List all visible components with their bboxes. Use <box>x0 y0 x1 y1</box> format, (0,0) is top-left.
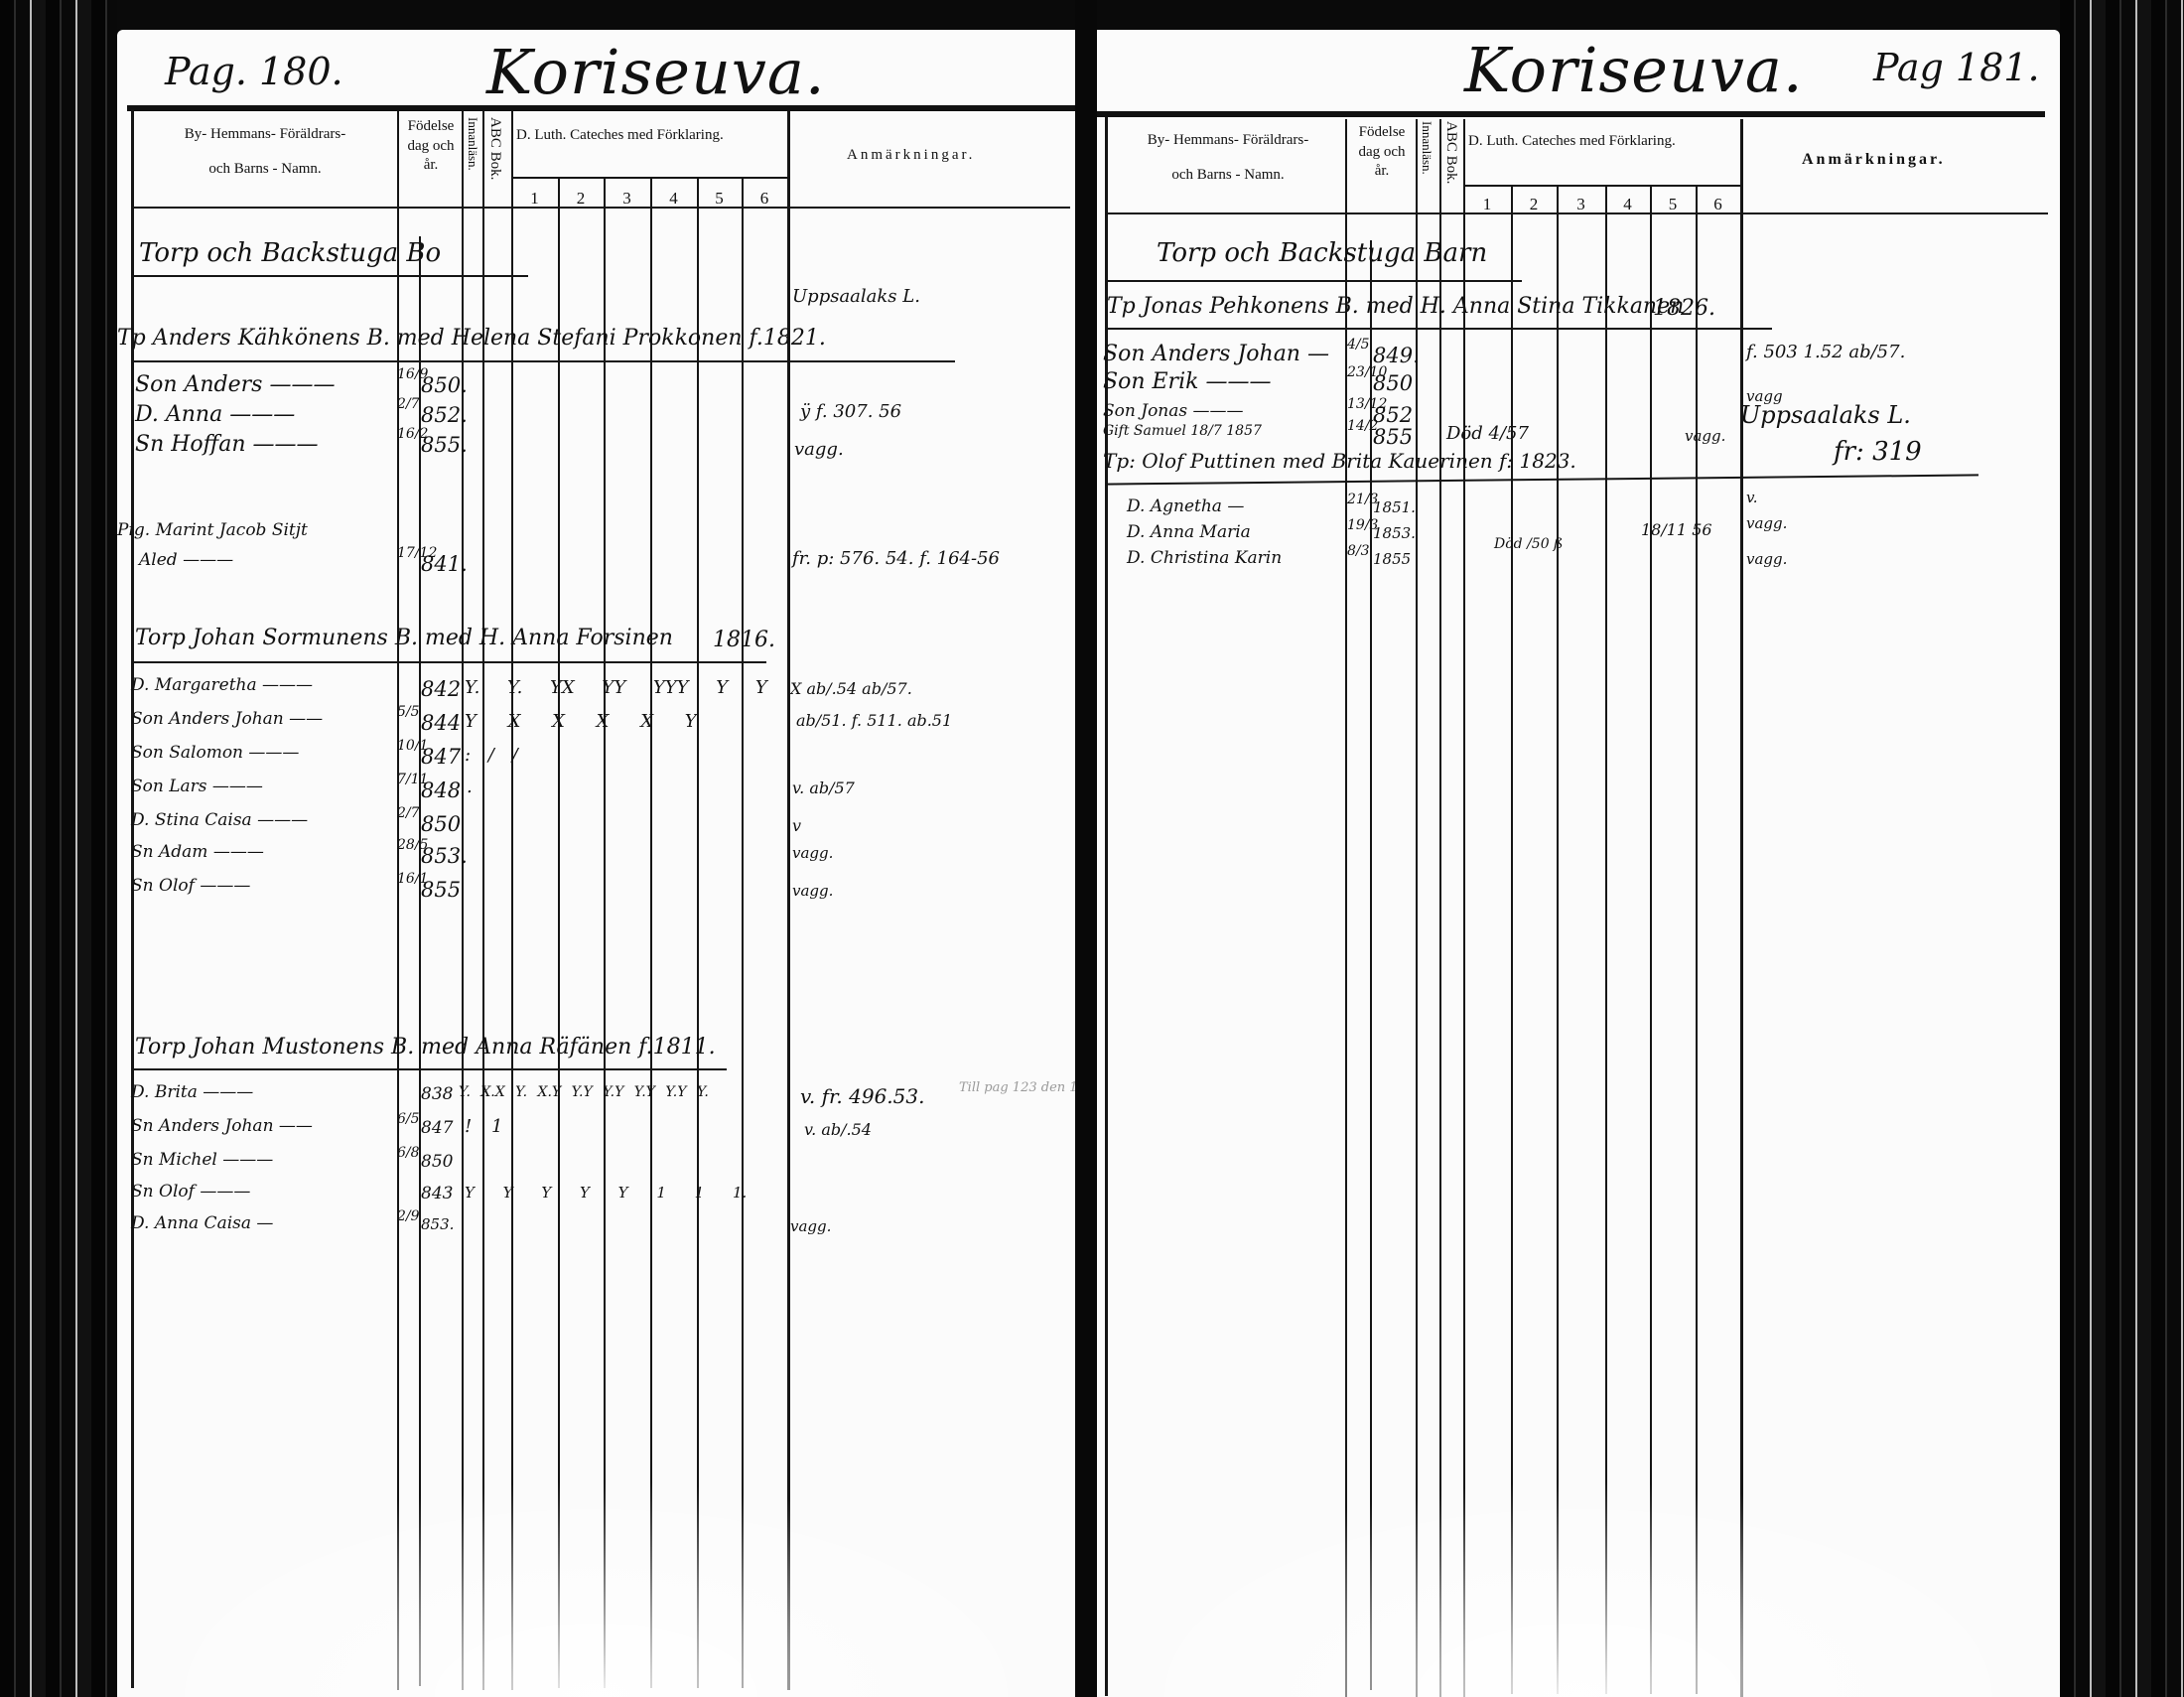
birth-year: 850 <box>421 812 461 836</box>
catechism-marks: Y X X X X Y <box>465 711 697 732</box>
col-divider <box>1345 119 1347 1697</box>
header-abc: ABC Bok. <box>486 117 503 226</box>
remark: fr. p: 576. 54. f. 164-56 <box>792 548 1000 569</box>
birth-day: 21/3 <box>1347 493 1369 507</box>
family-rule <box>1105 328 1772 330</box>
side-note: Till pag 123 den 13/8 <box>959 1080 1075 1095</box>
header-birth-line3: år. <box>399 156 463 176</box>
member-name: Aled ——— <box>139 550 233 570</box>
death-note: Död /50 ß <box>1494 536 1563 552</box>
death-note: Död 4/57 <box>1446 423 1529 444</box>
birth-day: 7/11 <box>397 773 419 787</box>
birth-year: 850 <box>421 1152 453 1172</box>
header-name-line1: By- Hemmans- Föräldrars- <box>141 123 389 146</box>
catechism-marks: ! 1 <box>465 1116 502 1137</box>
remark: v <box>792 816 801 835</box>
remark: vagg. <box>790 1217 831 1235</box>
member-name: Son Anders ——— <box>135 372 335 397</box>
village-title-right: Koriseuva. <box>1464 34 1804 106</box>
birth-year: 855 <box>421 878 461 902</box>
birth-year: 1851. <box>1373 498 1416 516</box>
member-name: Son Jonas ——— <box>1103 401 1244 421</box>
birth-day: 28/5 <box>397 838 419 853</box>
remark: vagg. <box>792 844 833 862</box>
birth-day: 23/10 <box>1347 365 1369 380</box>
catechism-marks: . <box>467 777 473 797</box>
birth-year: 848 <box>421 778 461 802</box>
member-name: Sn Hoffan ——— <box>135 432 319 457</box>
catechism-col-3: 3 <box>604 189 650 209</box>
birth-day: 14/2 <box>1347 419 1369 434</box>
member-name: Son Anders Johan —— <box>131 709 323 729</box>
col-divider <box>1439 119 1441 1697</box>
birth-year: 847 <box>421 745 461 769</box>
birth-year: 852 <box>1373 403 1413 427</box>
member-name: Gift Samuel 18/7 1857 <box>1103 423 1262 439</box>
header-birth: Födelse dag och år. <box>1347 123 1417 182</box>
family-rule <box>1105 474 1979 485</box>
member-name: Sn Michel ——— <box>131 1150 273 1170</box>
family-rule <box>131 1068 727 1070</box>
col-divider <box>1696 185 1698 1694</box>
section-rule <box>1105 280 1522 282</box>
family-head: Torp Johan Sormunens B. med H. Anna Fors… <box>135 626 673 650</box>
birth-year: 1853. <box>1373 524 1416 542</box>
member-name: Sn Anders Johan —— <box>131 1116 313 1136</box>
left-page: Pag. 180. Koriseuva. By- Hemmans- Föräld… <box>117 30 1075 1697</box>
col-divider <box>742 179 744 1688</box>
col-divider <box>1463 119 1465 1697</box>
birth-day: 2/7 <box>397 397 419 412</box>
birth-year: 847 <box>421 1118 453 1138</box>
birth-year: 852. <box>421 403 468 427</box>
family-head: Tp: Olof Puttinen med Brita Kauerinen f:… <box>1103 449 1576 473</box>
right-page: Koriseuva. Pag 181. By- Hemmans- Föräldr… <box>1097 30 2060 1697</box>
birth-year: 838 <box>421 1084 453 1104</box>
header-bottom-rule <box>1105 212 2048 214</box>
birth-year: 844 <box>421 711 461 735</box>
member-name: D. Margaretha ——— <box>131 675 313 695</box>
birth-year: 855 <box>1373 425 1413 449</box>
catechism-marks: : / / <box>465 745 518 766</box>
village-title-left: Koriseuva. <box>486 36 826 108</box>
member-name: Son Anders Johan — <box>1103 342 1329 366</box>
header-name: By- Hemmans- Föräldrars- och Barns - Nam… <box>141 123 389 182</box>
page-number-left: Pag. 180. <box>165 50 343 93</box>
member-name: Son Lars ——— <box>131 777 263 796</box>
catechism-col-6: 6 <box>1696 195 1740 214</box>
remark: vagg. <box>1746 550 1787 568</box>
birth-year: 850 <box>1373 371 1413 395</box>
page-number-right: Pag 181. <box>1873 46 2040 89</box>
header-innanlasn: Innanläsn. <box>465 117 480 226</box>
remark: v. <box>1746 489 1757 506</box>
birth-year: 853. <box>421 1215 454 1233</box>
book-binding-left <box>0 0 117 1697</box>
header-birth: Födelse dag och år. <box>399 117 463 176</box>
family-year: 1816. <box>713 628 775 652</box>
remark: v. ab/57 <box>792 778 855 797</box>
header-birth-line1: Födelse <box>1347 123 1417 143</box>
remark: Uppsaalaks L. <box>1740 401 1911 429</box>
birth-year: 850. <box>421 373 468 397</box>
catechism-col-1: 1 <box>1463 195 1511 214</box>
catechism-col-1: 1 <box>511 189 558 209</box>
family-head: Tp Anders Kähkönens B. med Helena Stefan… <box>117 326 826 351</box>
header-catechism: D. Luth. Cateches med Förklaring. <box>516 127 724 144</box>
col-divider <box>697 179 699 1688</box>
col-divider <box>1605 185 1607 1694</box>
birth-year: 842 <box>421 677 461 701</box>
birth-day: 8/3 <box>1347 544 1369 559</box>
catechism-col-6: 6 <box>742 189 787 209</box>
family-remark: fr: 319 <box>1834 437 1922 467</box>
catechism-col-5: 5 <box>697 189 742 209</box>
member-name: D. Stina Caisa ——— <box>131 810 308 830</box>
section-rule <box>131 275 528 277</box>
catechism-marks: Y. Y. YX YY YYY Y Y <box>465 677 767 698</box>
header-remarks: Anmärkningar. <box>1802 151 1946 169</box>
book-binding-right <box>2060 0 2184 1697</box>
remark: Uppsaalaks L. <box>792 286 920 307</box>
birth-day: 2/7 <box>397 806 419 821</box>
col-divider <box>1511 185 1513 1694</box>
header-birth-line2: dag och <box>1347 143 1417 163</box>
birth-day: 16/2 <box>397 427 419 442</box>
member-name: Son Erik ——— <box>1103 369 1271 394</box>
family-rule <box>131 661 766 663</box>
birth-day: 5/5 <box>397 705 419 720</box>
birth-day: 16/9 <box>397 367 419 382</box>
family-head: Tp Jonas Pehkonens B. med H. Anna Stina … <box>1107 294 1684 319</box>
header-bottom-rule <box>131 207 1070 209</box>
header-name-line2: och Barns - Namn. <box>141 158 389 181</box>
section-heading-left: Torp och Backstuga Bo <box>139 238 441 268</box>
birth-day: 6/8 <box>397 1146 419 1161</box>
member-name: Sn Olof ——— <box>131 876 250 896</box>
member-name: D. Anna Maria <box>1127 522 1251 542</box>
catechism-subrule <box>1463 185 1741 187</box>
member-name: Sn Adam ——— <box>131 842 264 862</box>
family-rule <box>131 360 955 362</box>
birth-year: 1855 <box>1373 550 1411 568</box>
header-birth-line3: år. <box>1347 162 1417 182</box>
birth-year: 841. <box>421 552 468 576</box>
birth-day: 2/9 <box>397 1209 419 1224</box>
header-name: By- Hemmans- Föräldrars- och Barns - Nam… <box>1111 129 1345 188</box>
catechism-marks: Y Y Y Y Y 1 1 1. <box>465 1184 747 1202</box>
catechism-subrule <box>511 177 787 179</box>
header-birth-line1: Födelse <box>399 117 463 137</box>
catechism-col-4: 4 <box>1605 195 1650 214</box>
member-name: D. Agnetha — <box>1127 496 1244 516</box>
birth-day: 16/1 <box>397 872 419 887</box>
section-heading-right: Torp och Backstuga Barn <box>1157 238 1487 268</box>
birth-day: 13/12 <box>1347 397 1369 412</box>
family-year: 1826. <box>1653 296 1715 321</box>
member-name: D. Anna ——— <box>135 402 295 427</box>
birth-day: 4/5 <box>1347 338 1369 353</box>
col-divider <box>604 179 606 1688</box>
catechism-col-4: 4 <box>650 189 697 209</box>
catechism-col-3: 3 <box>1557 195 1605 214</box>
remark: ÿ f. 307. 56 <box>800 401 901 422</box>
col-divider <box>650 179 652 1688</box>
member-name: D. Anna Caisa — <box>131 1213 273 1233</box>
member-name: Son Salomon ——— <box>131 743 299 763</box>
col-divider <box>1740 119 1743 1697</box>
top-rule <box>1097 111 2045 117</box>
remark: v. ab/.54 <box>804 1120 872 1139</box>
remark: vagg. <box>792 882 833 900</box>
birth-year: 843 <box>421 1184 453 1203</box>
birth-year: 853. <box>421 844 468 868</box>
header-name-line2: och Barns - Namn. <box>1111 164 1345 187</box>
remark: vagg. <box>1746 514 1787 532</box>
remark: vagg. <box>1685 427 1725 445</box>
member-name: D. Brita ——— <box>131 1082 253 1102</box>
catechism-col-5: 5 <box>1650 195 1696 214</box>
header-catechism: D. Luth. Cateches med Förklaring. <box>1468 133 1676 150</box>
top-rule <box>127 105 1075 111</box>
remark: X ab/.54 ab/57. <box>790 679 912 698</box>
death-date: 18/11 56 <box>1641 520 1712 539</box>
family-head: Pig. Marint Jacob Sitjt <box>117 520 308 540</box>
catechism-col-2: 2 <box>558 189 604 209</box>
member-name: Sn Olof ——— <box>131 1182 250 1202</box>
catechism-marks: Y. X.X Y. X.Y Y.Y Y.Y Y.Y Y.Y Y. <box>459 1084 709 1100</box>
header-remarks: Anmärkningar. <box>847 147 975 164</box>
book-spine <box>1075 0 1097 1697</box>
member-name: D. Christina Karin <box>1127 548 1282 568</box>
remark: ab/51. f. 511. ab.51 <box>796 711 952 730</box>
family-head: Torp Johan Mustonens B. med Anna Räfänen… <box>135 1035 716 1060</box>
birth-day: 6/5 <box>397 1112 419 1127</box>
birth-day: 19/3 <box>1347 518 1369 533</box>
birth-day: 10/1 <box>397 739 419 754</box>
birth-day: 17/12 <box>397 546 419 561</box>
col-divider <box>558 179 560 1688</box>
col-divider <box>1650 185 1652 1694</box>
remark: vagg. <box>794 439 844 460</box>
remark: f. 503 1.52 ab/57. <box>1746 342 1905 362</box>
col-divider <box>1557 185 1559 1694</box>
remark: v. fr. 496.53. <box>800 1084 924 1108</box>
birth-year: 855. <box>421 433 468 457</box>
header-name-line1: By- Hemmans- Föräldrars- <box>1111 129 1345 152</box>
catechism-col-2: 2 <box>1511 195 1557 214</box>
header-birth-line2: dag och <box>399 137 463 157</box>
